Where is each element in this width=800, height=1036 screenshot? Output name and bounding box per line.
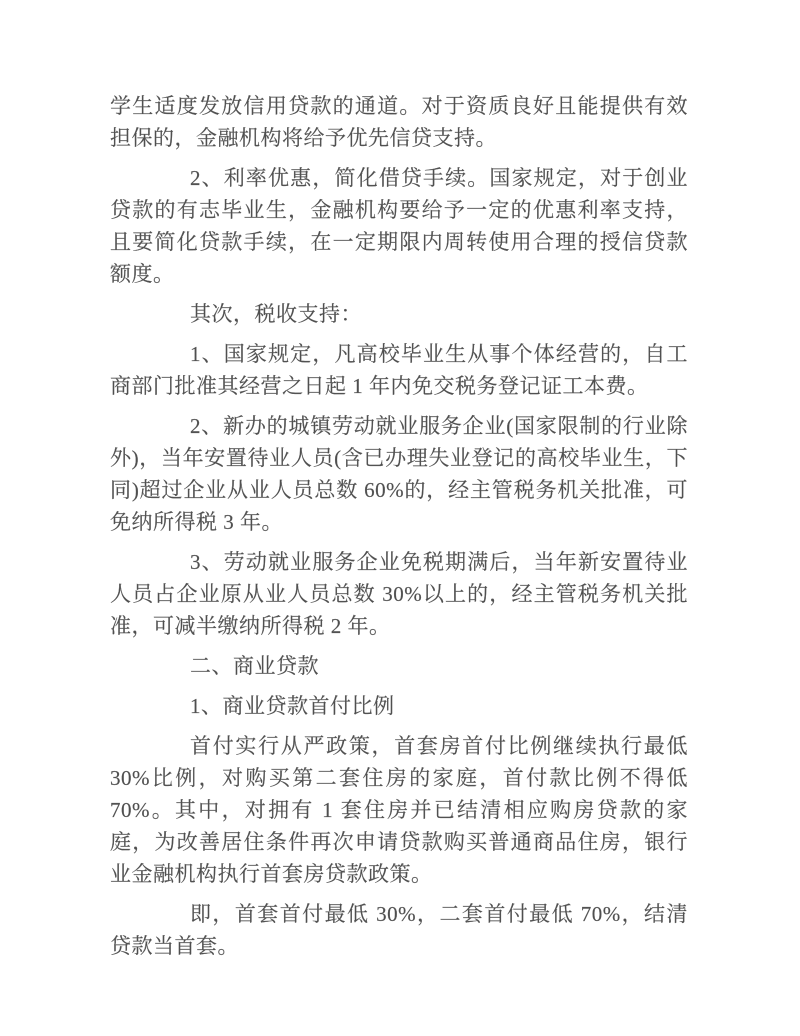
paragraph-section-2-commercial-loan: 二、商业贷款 (110, 650, 688, 682)
paragraph-tax-item-2: 2、新办的城镇劳动就业服务企业(国家限制的行业除外)，当年安置待业人员(含已办理… (110, 410, 688, 538)
paragraph-continuation: 学生适度发放信用贷款的通道。对于资质良好且能提供有效担保的，金融机构将给予优先信… (110, 90, 688, 154)
paragraph-downpayment-ratio-heading: 1、商业贷款首付比例 (110, 690, 688, 722)
paragraph-item-2-interest-discount: 2、利率优惠，简化借贷手续。国家规定，对于创业贷款的有志毕业生，金融机构要给予一… (110, 162, 688, 290)
paragraph-tax-item-1: 1、国家规定，凡高校毕业生从事个体经营的，自工商部门批准其经营之日起 1 年内免… (110, 338, 688, 402)
paragraph-downpayment-policy: 首付实行从严政策，首套房首付比例继续执行最低 30%比例，对购买第二套住房的家庭… (110, 730, 688, 890)
paragraph-tax-support-heading: 其次，税收支持： (110, 298, 688, 330)
document-page: 学生适度发放信用贷款的通道。对于资质良好且能提供有效担保的，金融机构将给予优先信… (0, 0, 800, 1036)
paragraph-downpayment-summary: 即，首套首付最低 30%，二套首付最低 70%，结清贷款当首套。 (110, 898, 688, 962)
paragraph-tax-item-3: 3、劳动就业服务企业免税期满后，当年新安置待业人员占企业原从业人员总数 30%以… (110, 546, 688, 642)
